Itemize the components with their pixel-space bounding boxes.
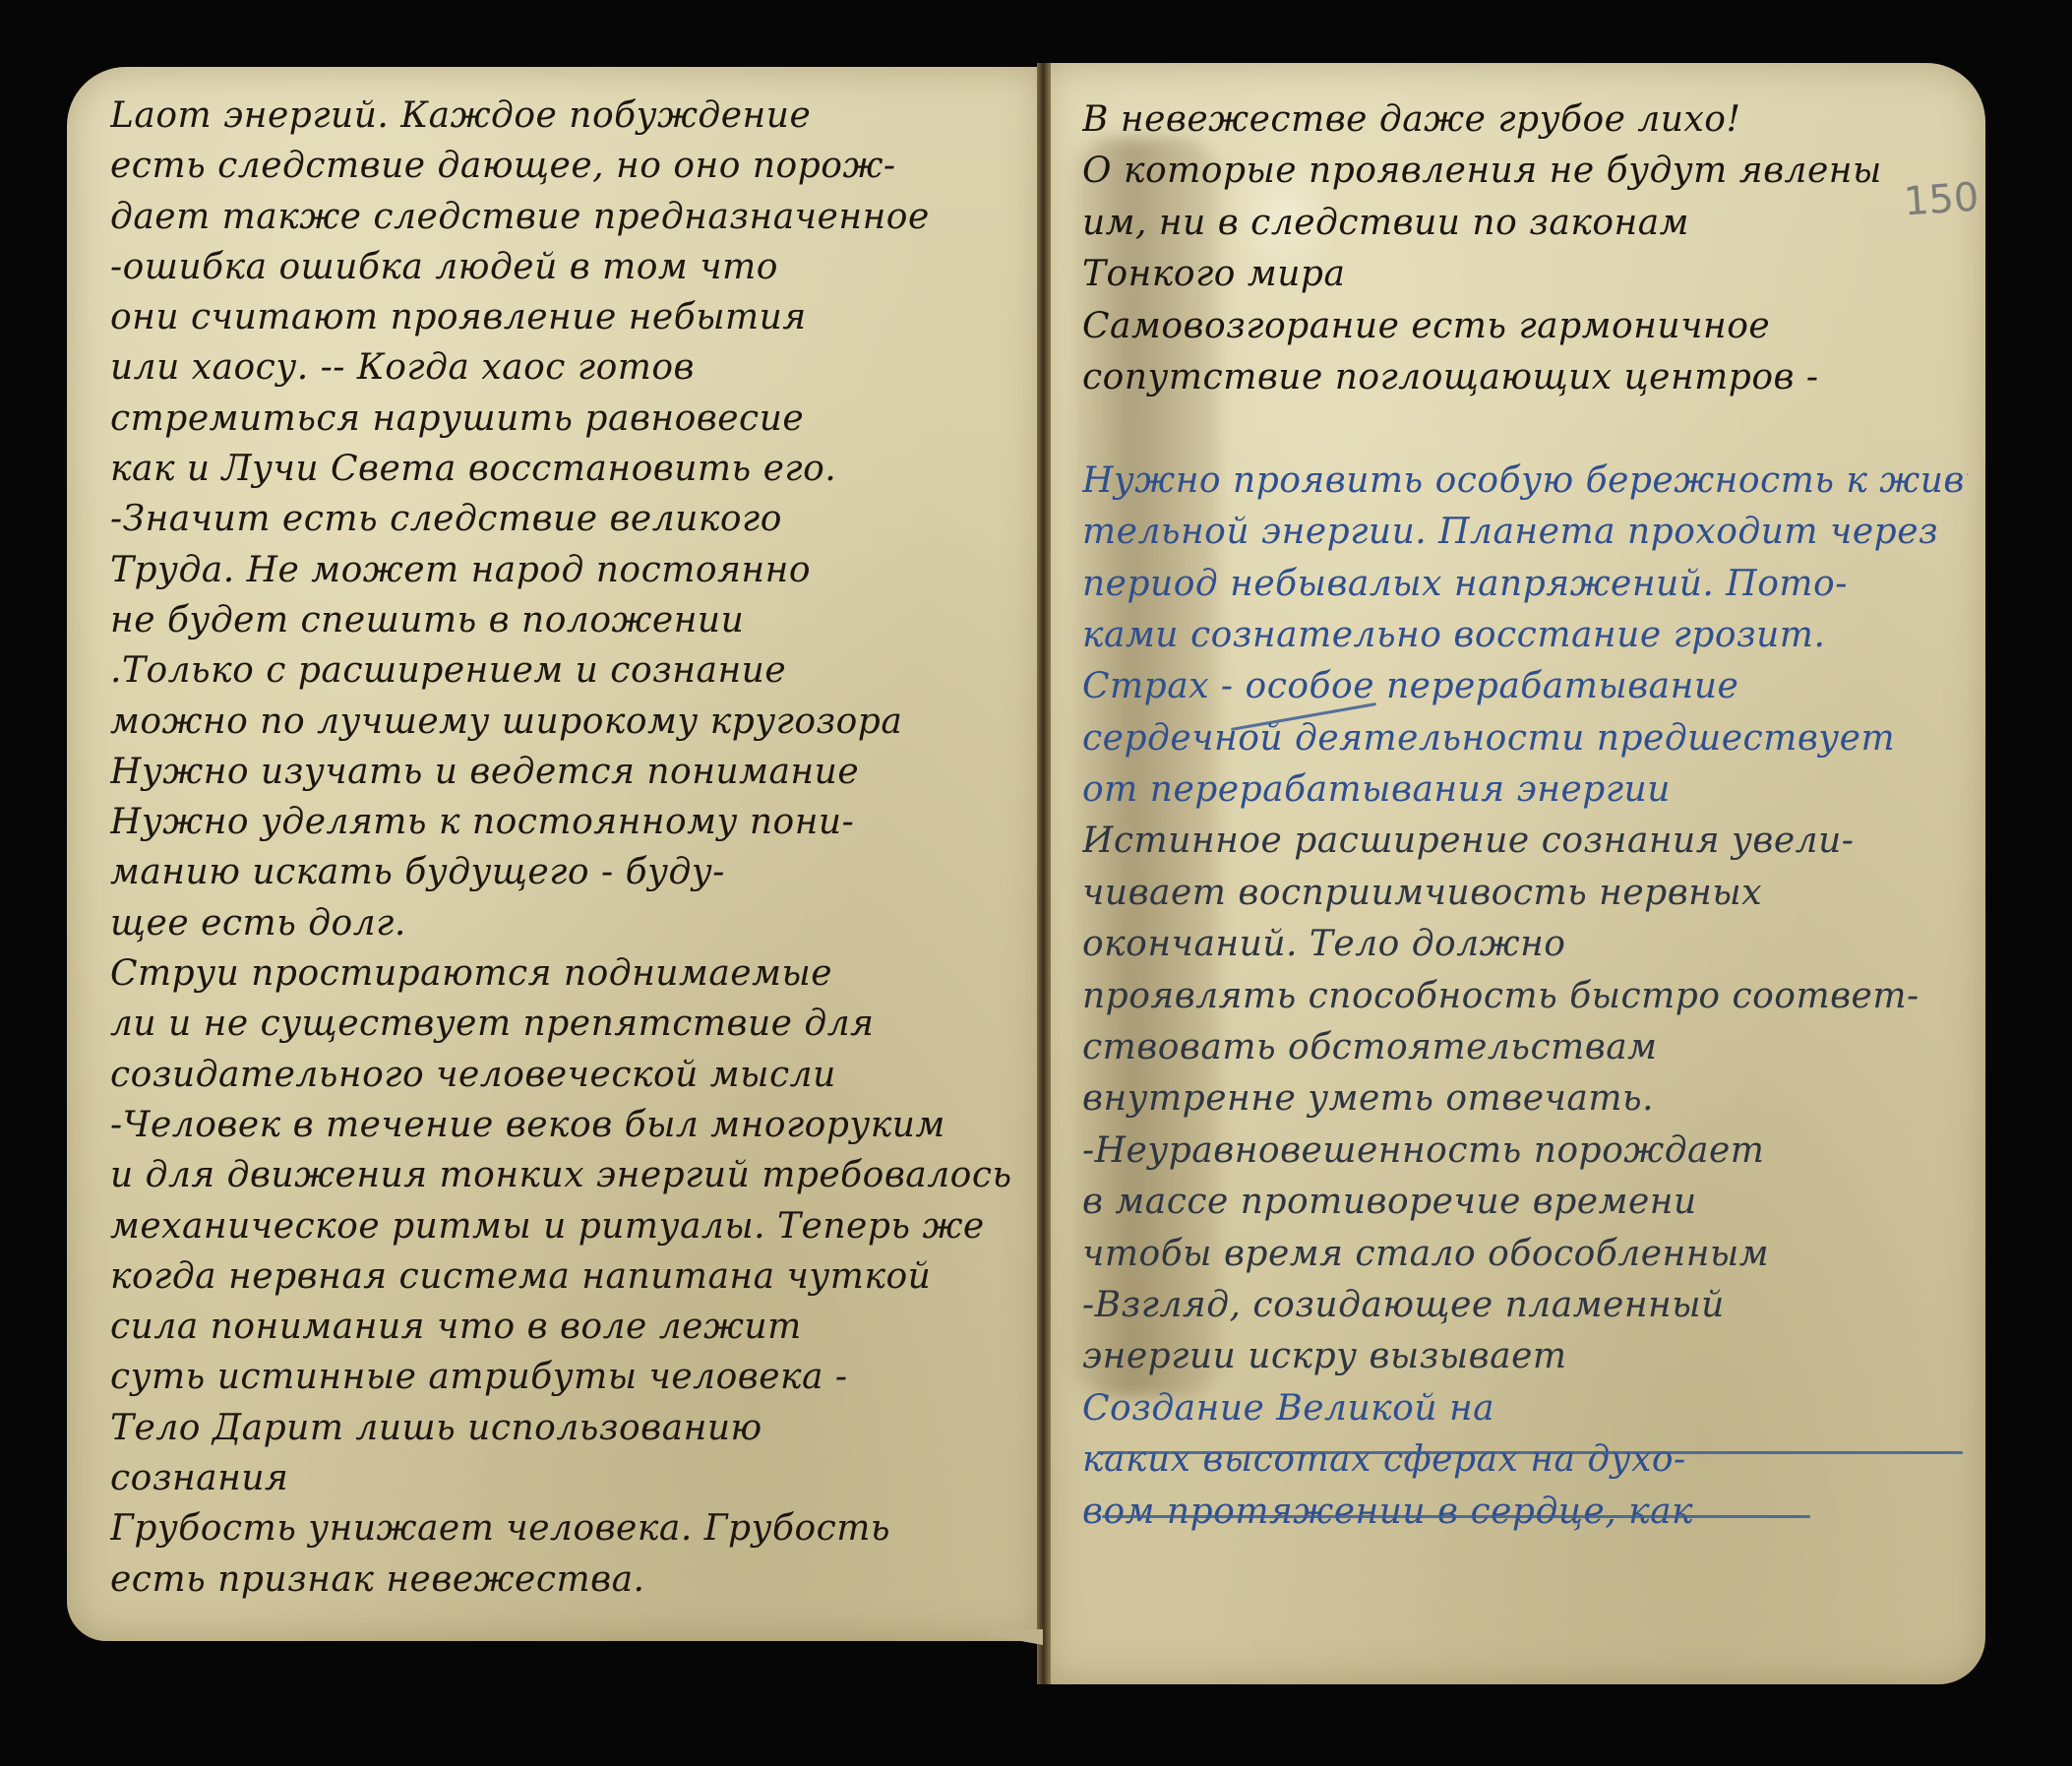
handwritten-line: суть истинные атрибуты человека -: [110, 1352, 1025, 1402]
handwritten-line: -Неуравновешенность порождает: [1082, 1126, 1968, 1177]
handwritten-line: и для движения тонких энергий требовалос…: [110, 1150, 1025, 1200]
handwritten-line: чивает восприимчивость нервных: [1082, 868, 1968, 919]
handwritten-line: Труда. Не может народ постоянно: [110, 545, 1025, 595]
handwritten-line: манию искать будущего - буду-: [110, 847, 1025, 897]
handwritten-line: Нужно уделять к постоянному пони-: [110, 797, 1025, 847]
handwritten-line: Страх - особое перерабатывание: [1082, 661, 1968, 712]
handwritten-line: -Взгляд, созидающее пламенный: [1082, 1280, 1968, 1331]
handwritten-line: ли и не существует препятствие для: [110, 999, 1025, 1049]
handwritten-line: -Значит есть следствие великого: [110, 494, 1025, 544]
left-page-text: Laom энергий. Каждое побуждение есть сле…: [110, 91, 1025, 1605]
handwritten-line: ствовать обстоятельствам: [1082, 1022, 1968, 1073]
handwritten-line: В невежестве даже грубое лихо!: [1082, 94, 1968, 146]
notebook-spine: [1037, 63, 1051, 1684]
handwritten-line: механическое ритмы и ритуалы. Теперь же: [110, 1201, 1025, 1251]
handwritten-line: созидательного человеческой мысли: [110, 1050, 1025, 1100]
handwritten-line: энергии искру вызывает: [1082, 1331, 1968, 1382]
handwritten-line: каких высотах сферах на духо-: [1082, 1434, 1968, 1486]
handwritten-line: дает также следствие предназначенное: [110, 192, 1025, 242]
handwritten-line: окончаний. Тело должно: [1082, 919, 1968, 970]
handwritten-line: Нужно проявить особую бережность к живи-: [1082, 456, 1968, 507]
handwritten-line: Тело Дарит лишь использованию: [110, 1403, 1025, 1453]
handwritten-line: .Только с расширением и сознание: [110, 645, 1025, 696]
handwritten-line: проявлять способность быстро соответ-: [1082, 971, 1968, 1022]
handwritten-line: им, ни в следствии по законам: [1082, 198, 1968, 249]
handwritten-line: тельной энергии. Планета проходит через: [1082, 507, 1968, 558]
handwritten-line: -ошибка ошибка людей в том что: [110, 242, 1025, 292]
handwritten-line: как и Лучи Света восстановить его.: [110, 444, 1025, 494]
handwritten-line: ками сознательно восстание грозит.: [1082, 610, 1968, 661]
handwritten-line: Истинное расширение сознания увели-: [1082, 816, 1968, 867]
handwritten-line: внутренне уметь отвечать.: [1082, 1073, 1968, 1125]
handwritten-line: -Человек в течение веков был многоруким: [110, 1100, 1025, 1150]
handwritten-line: не будет спешить в положении: [110, 595, 1025, 645]
handwritten-line: или хаосу. -- Когда хаос готов: [110, 342, 1025, 393]
handwritten-line: Нужно изучать и ведется понимание: [110, 747, 1025, 797]
blue-underline: [1102, 1515, 1810, 1518]
handwritten-line: Самовозгорание есть гармоничное: [1082, 301, 1968, 352]
handwritten-line: щее есть долг.: [110, 898, 1025, 948]
handwritten-line: в массе противоречие времени: [1082, 1177, 1968, 1228]
handwritten-line: вом протяжении в сердце, как: [1082, 1487, 1968, 1538]
handwritten-line: они считают проявление небытия: [110, 292, 1025, 342]
scan-background: 150 Laom энергий. Каждое побуждение есть…: [0, 0, 2072, 1766]
blue-underline: [1097, 1451, 1963, 1454]
handwritten-line: есть признак невежества.: [110, 1554, 1025, 1605]
handwritten-line: О которые проявления не будут явлены: [1082, 146, 1968, 197]
handwritten-line: Тонкого мира: [1082, 249, 1968, 300]
handwritten-line: Создание Великой на: [1082, 1383, 1968, 1434]
handwritten-line: Laom энергий. Каждое побуждение: [110, 91, 1025, 141]
handwritten-line: от перерабатывания энергии: [1082, 764, 1968, 816]
handwritten-line: сопутствие поглощающих центров -: [1082, 352, 1968, 403]
handwritten-line: есть следствие дающее, но оно порож-: [110, 141, 1025, 191]
handwritten-line: сила понимания что в воле лежит: [110, 1302, 1025, 1352]
right-page-text: В невежестве даже грубое лихо! О которые…: [1082, 94, 1968, 1538]
handwritten-line: [1082, 403, 1968, 455]
handwritten-line: Грубость унижает человека. Грубость: [110, 1503, 1025, 1553]
handwritten-line: период небывалых напряжений. Пото-: [1082, 559, 1968, 610]
handwritten-line: стремиться нарушить равновесие: [110, 394, 1025, 444]
handwritten-line: сознания: [110, 1453, 1025, 1503]
handwritten-line: когда нервная система напитана чуткой: [110, 1251, 1025, 1302]
handwritten-line: сердечной деятельности предшествует: [1082, 713, 1968, 764]
handwritten-line: Струи простираются поднимаемые: [110, 948, 1025, 999]
handwritten-line: чтобы время стало обособленным: [1082, 1229, 1968, 1280]
handwritten-line: можно по лучшему широкому кругозора: [110, 697, 1025, 747]
